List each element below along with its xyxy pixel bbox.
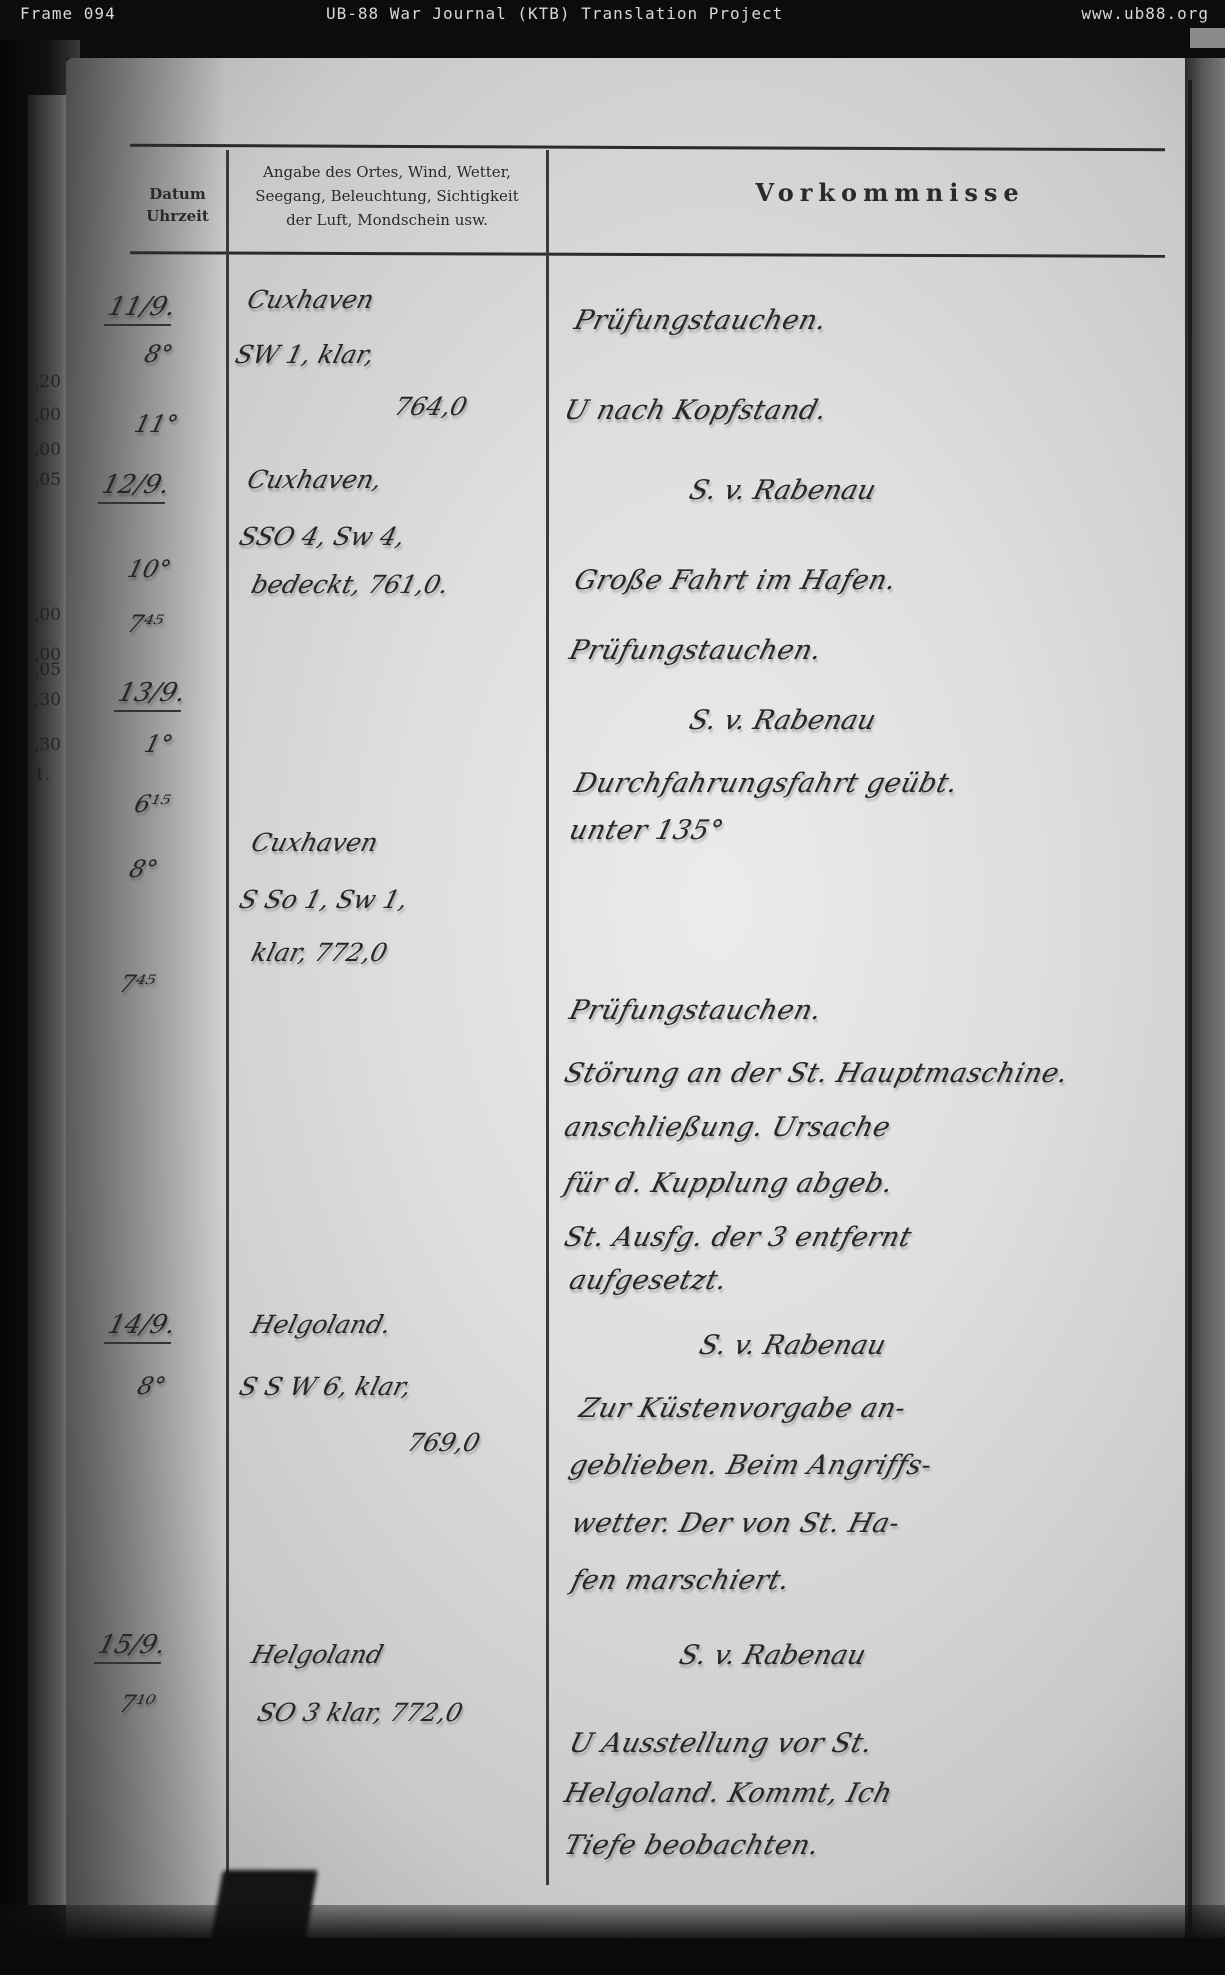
caption-bar: Frame 094 UB-88 War Journal (KTB) Transl… [0, 0, 1225, 28]
entry-location: Cuxhaven [244, 285, 377, 314]
entry-time: 7⁴⁵ [125, 610, 166, 638]
entry-event: Tiefe beobachten. [561, 1830, 823, 1861]
entry-weather: SO 3 klar, 772,0 [254, 1698, 465, 1727]
entry-location: Helgoland [248, 1640, 386, 1669]
entry-event: Zur Küstenvorgabe an- [576, 1393, 909, 1424]
entry-location: Helgoland. [248, 1310, 394, 1339]
entry-signature: S. v. Rabenau [676, 1640, 869, 1671]
entry-signature: S. v. Rabenau [686, 705, 879, 736]
entry-event: U Ausstellung vor St. [566, 1728, 876, 1759]
entry-date: 14/9. [104, 1310, 179, 1344]
bottom-shadow [0, 1905, 1225, 1975]
header-datum: Datum Uhrzeit [135, 183, 220, 227]
entry-event: anschließung. Ursache [561, 1112, 894, 1143]
entry-date: 11/9. [104, 292, 179, 326]
entry-date: 12/9. [98, 470, 173, 504]
entry-location: Cuxhaven [248, 828, 381, 857]
header-datum-label: Datum [135, 183, 220, 205]
margin-number: ,30 [34, 690, 61, 710]
site-url[interactable]: www.ub88.org [1081, 4, 1209, 23]
header-location-weather: Angabe des Ortes, Wind, Wetter, Seegang,… [232, 160, 542, 232]
entry-event: Prüfungstauchen. [566, 635, 825, 666]
entry-time: 6¹⁵ [132, 790, 173, 818]
frame-number: Frame 094 [20, 4, 116, 23]
entry-weather: S So 1, Sw 1, [236, 885, 411, 914]
entry-barometer: 764,0 [391, 392, 470, 421]
entry-barometer: 769,0 [404, 1428, 483, 1457]
entry-event: U nach Kopfstand. [561, 395, 830, 426]
entry-event: Störung an der St. Hauptmaschine. [561, 1058, 1072, 1089]
margin-number: ,00 [34, 605, 61, 625]
margin-number: ,00 [34, 440, 61, 460]
entry-time: 11° [132, 410, 182, 438]
header-angabe-line: der Luft, Mondschein usw. [232, 208, 542, 232]
entry-weather: SSO 4, Sw 4, [236, 522, 408, 551]
entry-barometer: klar, 772,0 [248, 938, 390, 967]
column-divider-1 [226, 150, 229, 1885]
entry-barometer: bedeckt, 761,0. [248, 570, 451, 599]
column-divider-2 [546, 150, 549, 1885]
margin-number: ,05 [34, 660, 61, 680]
entry-weather: SW 1, klar, [232, 340, 377, 369]
entry-event: Helgoland. Kommt, Ich [561, 1778, 896, 1809]
entry-event: aufgesetzt. [566, 1265, 730, 1296]
header-angabe-line: Seegang, Beleuchtung, Sichtigkeit [232, 184, 542, 208]
entry-weather: S S W 6, klar, [236, 1372, 414, 1401]
entry-event: Große Fahrt im Hafen. [571, 565, 900, 596]
entry-event: wetter. Der von St. Ha- [568, 1508, 903, 1539]
entry-time: 10° [125, 555, 175, 583]
entry-signature: S. v. Rabenau [696, 1330, 889, 1361]
entry-event: fen marschiert. [568, 1565, 793, 1596]
entry-date: 15/9. [94, 1630, 169, 1664]
margin-number: 1. [34, 765, 50, 785]
entry-time: 7¹⁰ [117, 1690, 158, 1718]
entry-event: Prüfungstauchen. [566, 995, 825, 1026]
page-tab [1190, 28, 1225, 48]
entry-event: für d. Kupplung abgeb. [561, 1168, 896, 1199]
margin-number: ,05 [34, 470, 61, 490]
header-angabe-line: Angabe des Ortes, Wind, Wetter, [232, 160, 542, 184]
entry-date: 13/9. [114, 678, 189, 712]
entry-event: Prüfungstauchen. [571, 305, 830, 336]
header-uhrzeit-label: Uhrzeit [135, 205, 220, 227]
margin-number: ,20 [34, 372, 61, 392]
margin-number: ,00 [34, 405, 61, 425]
project-title: UB-88 War Journal (KTB) Translation Proj… [326, 4, 783, 23]
entry-signature: S. v. Rabenau [686, 475, 879, 506]
page-edge-line [1188, 80, 1192, 1930]
margin-number: ,30 [34, 735, 61, 755]
entry-event: geblieben. Beim Angriffs- [566, 1450, 935, 1481]
entry-time: 7⁴⁵ [117, 970, 158, 998]
header-vorkommnisse: Vorkommnisse [700, 178, 1080, 207]
entry-event: unter 135° [566, 815, 727, 846]
entry-location: Cuxhaven, [244, 465, 385, 494]
entry-event: Durchfahrungsfahrt geübt. [571, 768, 961, 799]
entry-event: St. Ausfg. der 3 entfernt [561, 1222, 915, 1253]
